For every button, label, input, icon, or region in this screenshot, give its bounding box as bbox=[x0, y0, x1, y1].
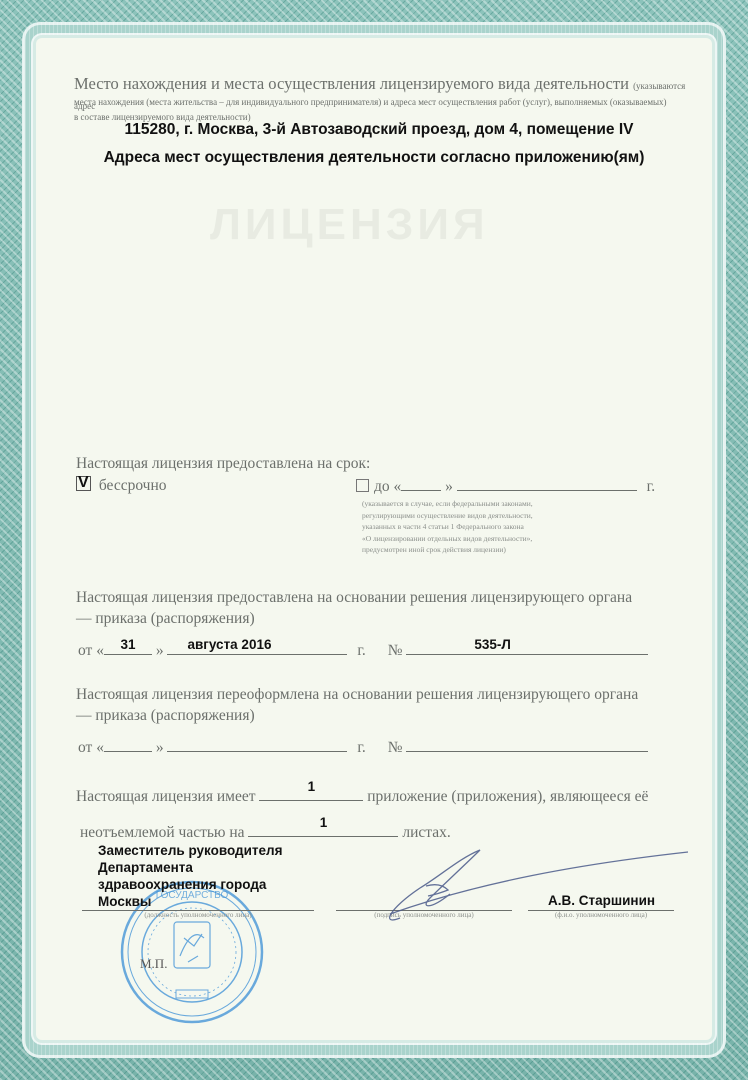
annex-sheets-row: неотъемлемой частью на 1 листах. bbox=[80, 822, 451, 842]
position-line: Заместитель руководителя bbox=[98, 842, 338, 859]
note-line: предусмотрен иной срок действия лицензии… bbox=[362, 544, 582, 556]
basis-label-line: Настоящая лицензия предоставлена на осно… bbox=[76, 587, 676, 608]
quote-close: » bbox=[156, 739, 164, 756]
note-line: «О лицензировании отдельных видов деятел… bbox=[362, 533, 582, 545]
term-indefinite-label: бессрочно bbox=[99, 477, 167, 494]
basis-label-line: — приказа (распоряжения) bbox=[76, 608, 676, 629]
basis-label: Настоящая лицензия предоставлена на осно… bbox=[76, 587, 676, 629]
from-label: от « bbox=[78, 739, 104, 756]
sheets-prefix: неотъемлемой частью на bbox=[80, 824, 245, 841]
until-day-field[interactable] bbox=[401, 476, 441, 491]
basis-day-field[interactable]: 31 bbox=[104, 640, 152, 655]
basis-number-value: 535-Л bbox=[474, 637, 648, 652]
position-line: Департамента bbox=[98, 859, 338, 876]
signer-position: Заместитель руководителя Департамента зд… bbox=[98, 842, 338, 910]
annex-suffix: приложение (приложения), являющееся её bbox=[367, 788, 648, 805]
position-signature-block: (должность уполномоченного лица) bbox=[82, 910, 314, 919]
stamp-place-label: М.П. bbox=[140, 956, 167, 972]
until-label: до « bbox=[374, 478, 401, 495]
position-line: здравоохранения города bbox=[98, 876, 338, 893]
basis-month-year-value: августа 2016 bbox=[187, 637, 347, 652]
number-label: № bbox=[388, 642, 403, 659]
reissue-label-line: Настоящая лицензия переоформлена на осно… bbox=[76, 684, 676, 705]
faded-watermark-title: ЛИЦЕНЗИЯ bbox=[210, 200, 540, 240]
annex-prefix: Настоящая лицензия имеет bbox=[76, 788, 255, 805]
note-line: указанных в части 4 статьи 1 Федеральног… bbox=[362, 521, 582, 533]
license-address: 115280, г. Москва, 3-й Автозаводский про… bbox=[0, 121, 748, 139]
year-suffix: г. bbox=[357, 642, 365, 659]
reissue-day-field[interactable] bbox=[104, 737, 152, 752]
number-label: № bbox=[388, 739, 403, 756]
reissue-number-field[interactable] bbox=[406, 737, 648, 752]
reissue-label: Настоящая лицензия переоформлена на осно… bbox=[76, 684, 676, 726]
reissue-month-year-field[interactable] bbox=[167, 737, 347, 752]
term-label: Настоящая лицензия предоставлена на срок… bbox=[76, 455, 370, 473]
empty-checkbox-icon[interactable] bbox=[356, 479, 369, 492]
reissue-order-row: от « » г. № bbox=[78, 737, 648, 757]
year-suffix: г. bbox=[647, 478, 655, 495]
term-until-option[interactable]: до « » г. bbox=[356, 476, 655, 496]
annex-count-field[interactable]: 1 bbox=[259, 786, 363, 801]
note-line: (указывается в случае, если федеральными… bbox=[362, 498, 582, 510]
note-line: регулирующими осуществление видов деятел… bbox=[362, 510, 582, 522]
annex-count-value: 1 bbox=[259, 779, 363, 794]
quote-close: » bbox=[156, 642, 164, 659]
position-caption: (должность уполномоченного лица) bbox=[82, 911, 314, 919]
until-month-year-field[interactable] bbox=[457, 476, 637, 491]
checked-checkbox-icon[interactable] bbox=[76, 476, 91, 491]
from-label: от « bbox=[78, 642, 104, 659]
activity-addresses-note: Адреса мест осуществления деятельности с… bbox=[0, 149, 748, 167]
reissue-label-line: — приказа (распоряжения) bbox=[76, 705, 676, 726]
annex-count-row: Настоящая лицензия имеет 1 приложение (п… bbox=[76, 786, 648, 806]
basis-number-field[interactable]: 535-Л bbox=[406, 640, 648, 655]
sheet-count-field[interactable]: 1 bbox=[248, 822, 398, 837]
basis-day-value: 31 bbox=[104, 637, 152, 652]
term-indefinite-option[interactable]: бессрочно bbox=[76, 476, 167, 495]
basis-order-row: от «31 » августа 2016 г. № 535-Л bbox=[78, 640, 648, 660]
location-title: Место нахождения и места осуществления л… bbox=[74, 74, 629, 93]
sheets-suffix: листах. bbox=[402, 824, 450, 841]
handwritten-signature-icon bbox=[360, 848, 690, 928]
sheet-count-value: 1 bbox=[248, 815, 398, 830]
position-line: Москвы bbox=[98, 893, 338, 910]
basis-month-year-field[interactable]: августа 2016 bbox=[167, 640, 347, 655]
year-suffix: г. bbox=[357, 739, 365, 756]
term-until-note: (указывается в случае, если федеральными… bbox=[362, 498, 582, 556]
location-note-line: места нахождения (места жительства – для… bbox=[74, 95, 694, 110]
quote-close: » bbox=[445, 478, 453, 495]
